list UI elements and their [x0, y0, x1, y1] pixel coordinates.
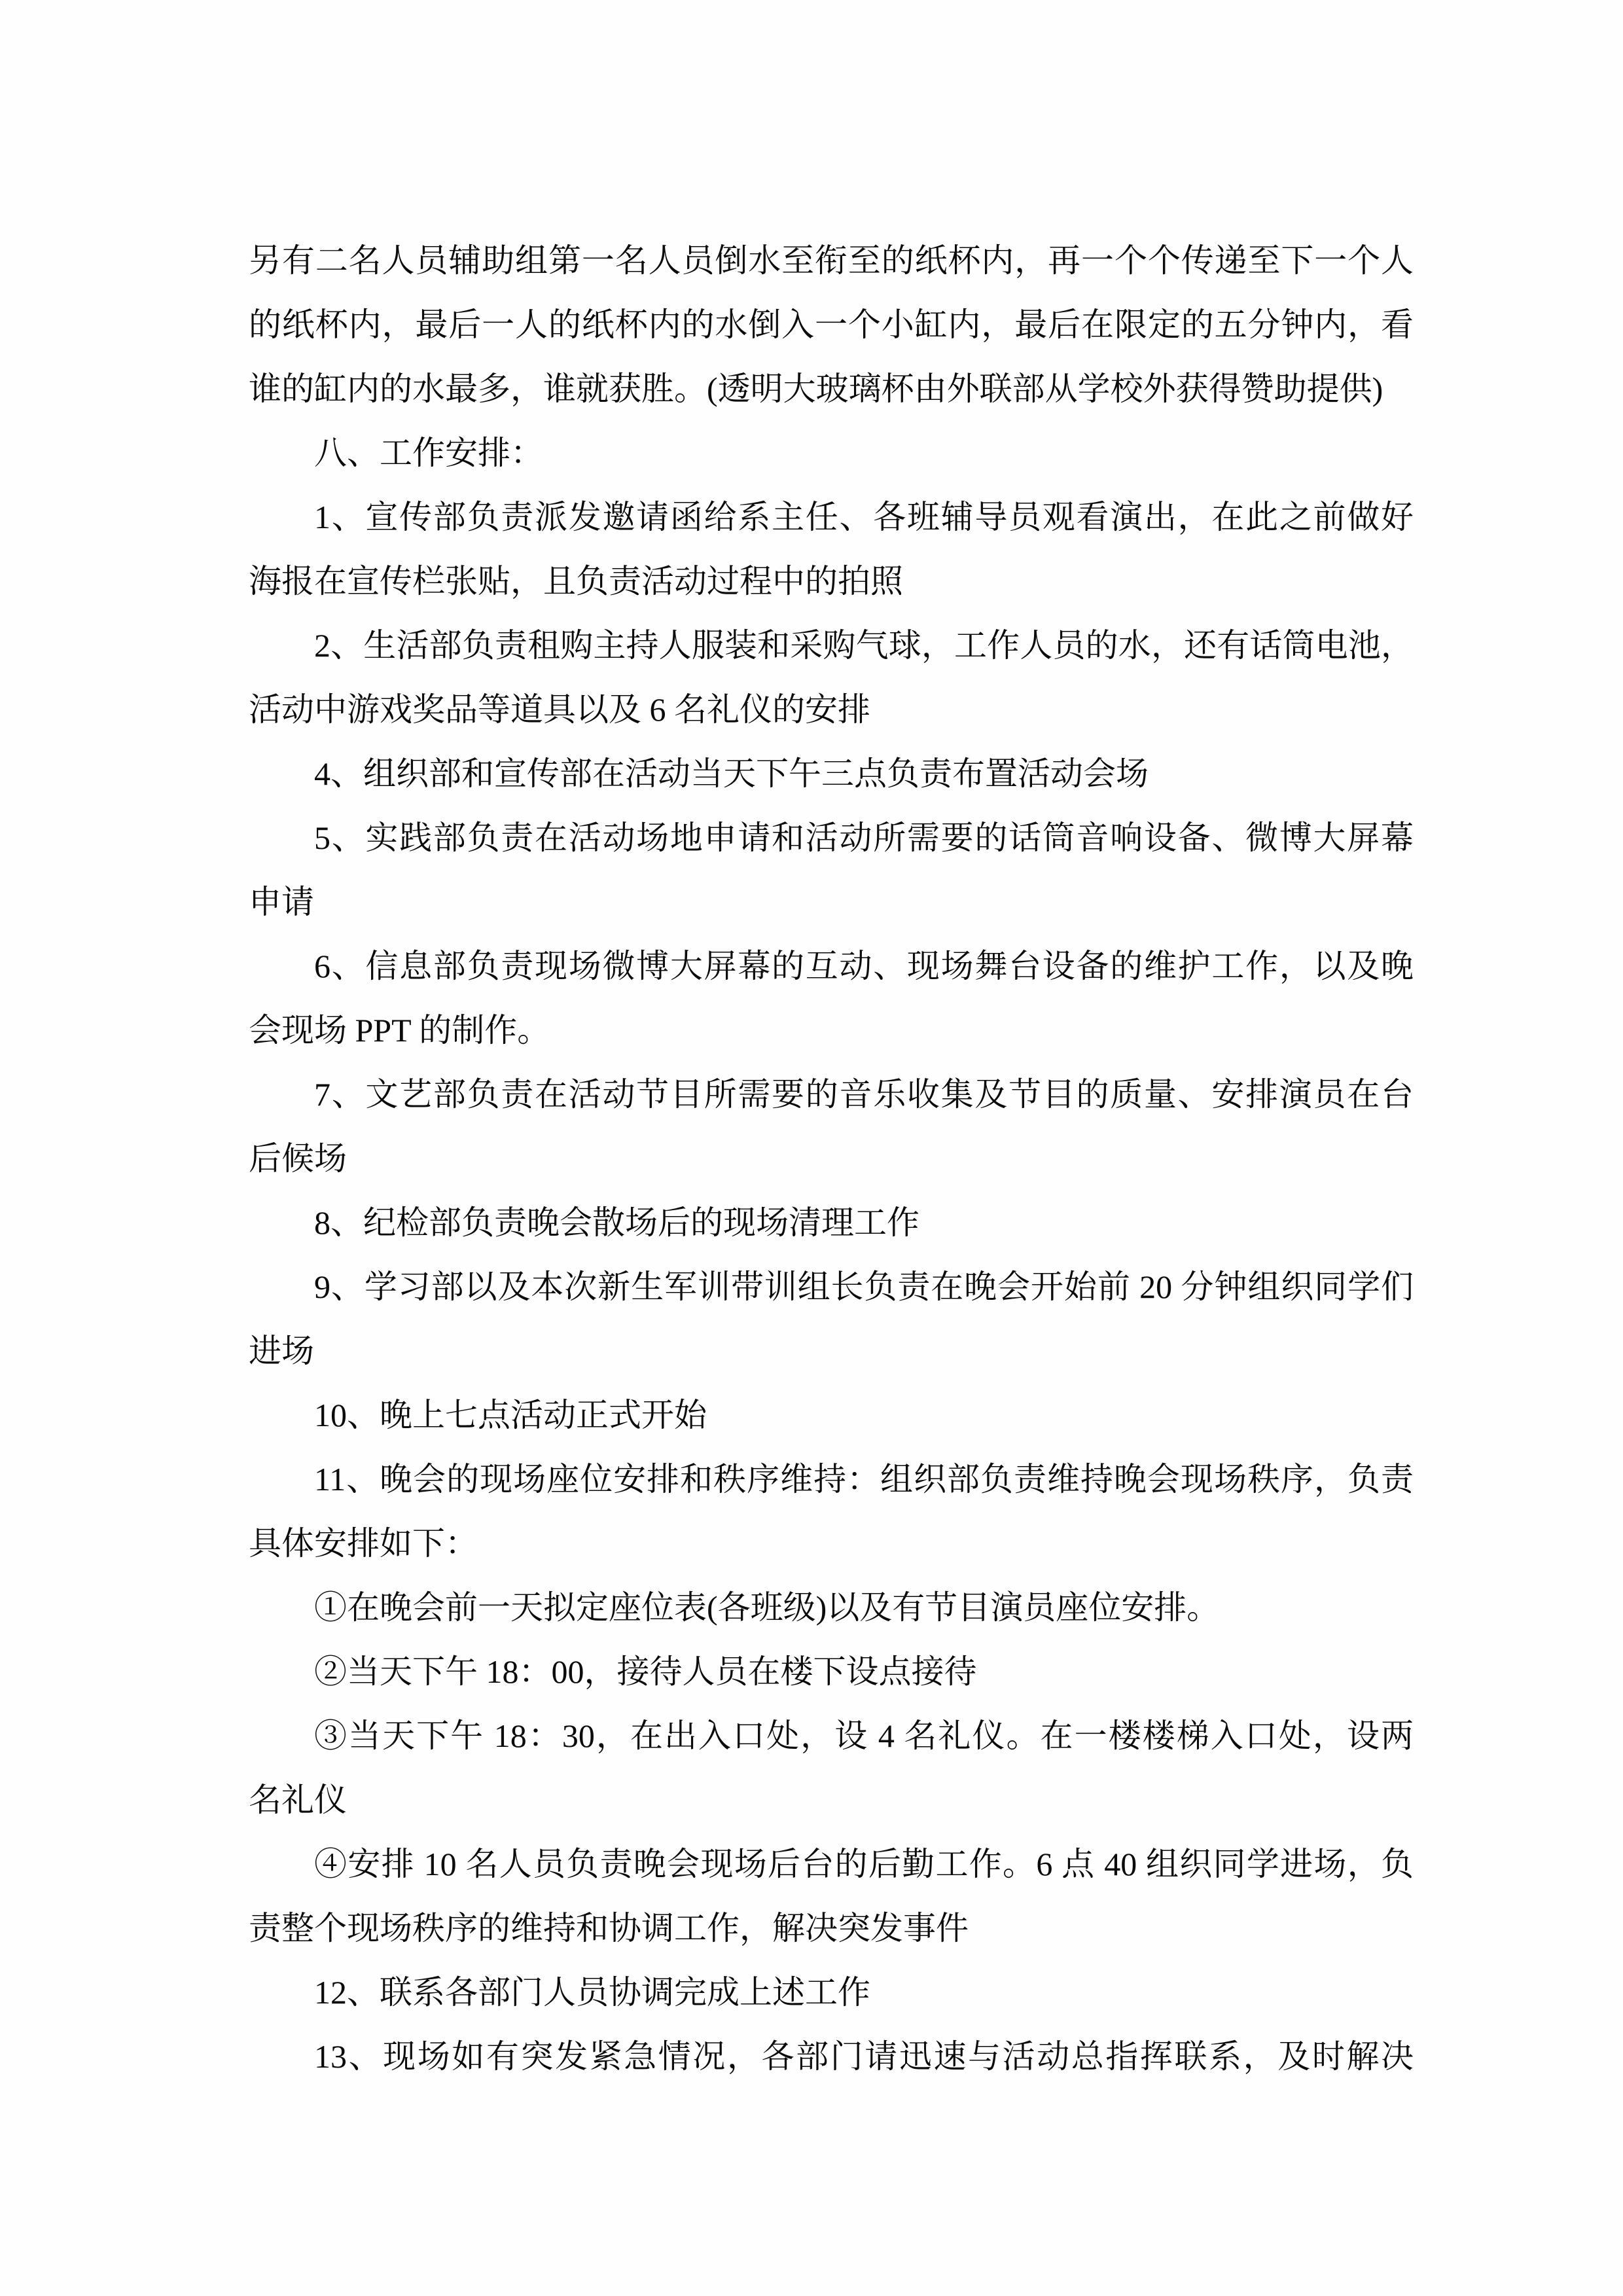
doc-line: 9、学习部以及本次新生军训带训组长负责在晚会开始前 20 分钟组织同学们 [249, 1255, 1414, 1319]
doc-line: 1、宣传部负责派发邀请函给系主任、各班辅导员观看演出，在此之前做好 [249, 485, 1414, 549]
doc-line: ②当天下午 18：00，接待人员在楼下设点接待 [249, 1640, 1414, 1704]
doc-line: 6、信息部负责现场微博大屏幕的互动、现场舞台设备的维护工作，以及晚 [249, 934, 1414, 998]
doc-line: 具体安排如下： [249, 1511, 1414, 1575]
doc-line: 海报在宣传栏张贴，且负责活动过程中的拍照 [249, 549, 1414, 613]
doc-line: 5、实践部负责在活动场地申请和活动所需要的话筒音响设备、微博大屏幕 [249, 806, 1414, 870]
doc-line: 申请 [249, 870, 1414, 934]
doc-line: 活动中游戏奖品等道具以及 6 名礼仪的安排 [249, 677, 1414, 742]
doc-line: 10、晚上七点活动正式开始 [249, 1383, 1414, 1447]
doc-line: 另有二名人员辅助组第一名人员倒水至衔至的纸杯内，再一个个传递至下一个人 [249, 228, 1414, 293]
doc-line: 8、纪检部负责晚会散场后的现场清理工作 [249, 1191, 1414, 1255]
doc-line: 谁的缸内的水最多，谁就获胜。(透明大玻璃杯由外联部从学校外获得赞助提供) [249, 357, 1414, 421]
doc-line: ④安排 10 名人员负责晚会现场后台的后勤工作。6 点 40 组织同学进场，负 [249, 1832, 1414, 1896]
doc-line: 八、工作安排： [249, 421, 1414, 485]
doc-line: 4、组织部和宣传部在活动当天下午三点负责布置活动会场 [249, 742, 1414, 806]
doc-line: 13、现场如有突发紧急情况，各部门请迅速与活动总指挥联系，及时解决 [249, 2024, 1414, 2089]
doc-line: 的纸杯内，最后一人的纸杯内的水倒入一个小缸内，最后在限定的五分钟内，看 [249, 293, 1414, 357]
doc-line: 2、生活部负责租购主持人服装和采购气球，工作人员的水，还有话筒电池， [249, 613, 1414, 677]
document-page: 另有二名人员辅助组第一名人员倒水至衔至的纸杯内，再一个个传递至下一个人 的纸杯内… [0, 0, 1623, 2296]
document-body: 另有二名人员辅助组第一名人员倒水至衔至的纸杯内，再一个个传递至下一个人 的纸杯内… [249, 228, 1414, 2089]
doc-line: ①在晚会前一天拟定座位表(各班级)以及有节目演员座位安排。 [249, 1575, 1414, 1640]
doc-line: 12、联系各部门人员协调完成上述工作 [249, 1960, 1414, 2024]
doc-line: 进场 [249, 1319, 1414, 1383]
doc-line: 11、晚会的现场座位安排和秩序维持：组织部负责维持晚会现场秩序，负责 [249, 1447, 1414, 1511]
doc-line: 后候场 [249, 1126, 1414, 1191]
doc-line: 7、文艺部负责在活动节目所需要的音乐收集及节目的质量、安排演员在台 [249, 1062, 1414, 1126]
doc-line: 会现场 PPT 的制作。 [249, 998, 1414, 1062]
doc-line: ③当天下午 18：30，在出入口处，设 4 名礼仪。在一楼楼梯入口处，设两 [249, 1704, 1414, 1768]
doc-line: 责整个现场秩序的维持和协调工作，解决突发事件 [249, 1896, 1414, 1960]
doc-line: 名礼仪 [249, 1768, 1414, 1832]
